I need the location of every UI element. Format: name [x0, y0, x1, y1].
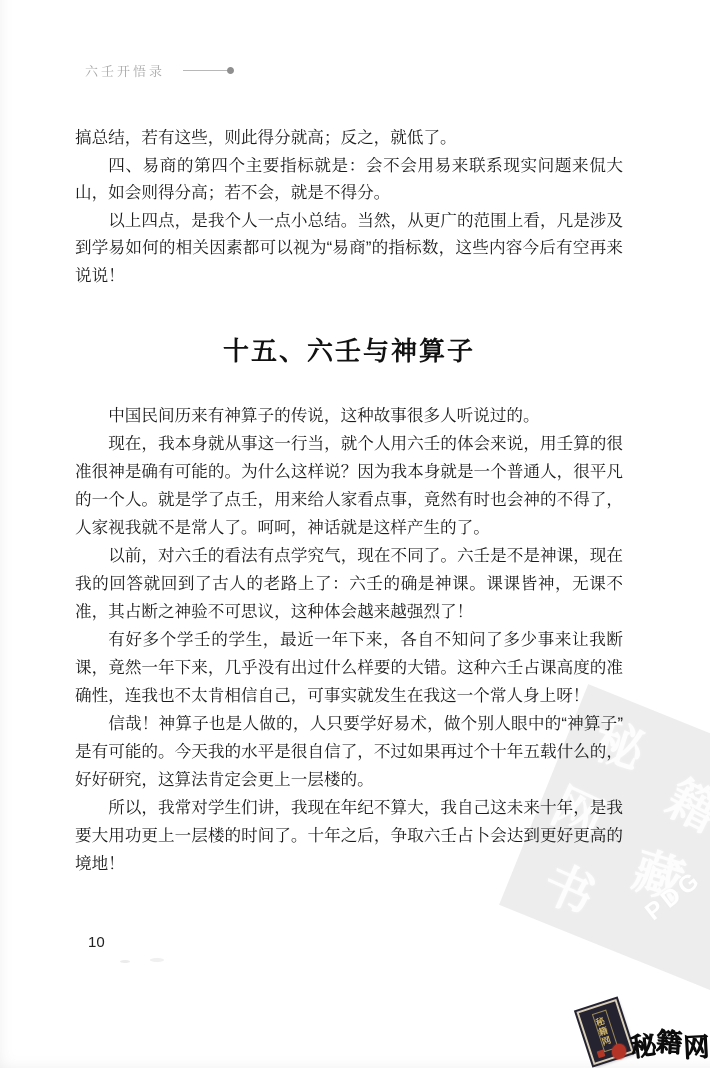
running-header: 六壬开悟录: [85, 61, 234, 79]
header-rule-line: [183, 70, 228, 71]
logo-char: 网: [682, 1026, 710, 1064]
paragraph: 四、易商的第四个主要指标就是：会不会用易来联系现实问题来侃大山，如会则得分高；若…: [75, 152, 623, 207]
running-header-title: 六壬开悟录: [85, 61, 165, 80]
logo-char: 籍: [655, 1021, 684, 1060]
red-seal-icon: [612, 1044, 626, 1059]
header-dot-icon: [227, 67, 234, 74]
body-text-top: 搞总结，若有这些，则此得分就高；反之，就低了。 四、易商的第四个主要指标就是：会…: [75, 124, 623, 289]
paragraph: 以前，对六壬的看法有点学究气，现在不同了。六壬是不是神课，现在我的回答就回到了古…: [75, 542, 623, 626]
paragraph: 以上四点，是我个人一点小总结。当然，从更广的范围上看，凡是涉及到学易如何的相关因…: [75, 207, 623, 290]
scanned-book-page: 六壬开悟录 秘 籍 网 藏 书 PDG 搞总结，若有这些，则此得分就高；反之，就…: [0, 0, 710, 1068]
scan-speckle: [150, 958, 164, 962]
paragraph: 现在，我本身就从事这一行当，就个人用六壬的体会来说，用壬算的很准很神是确有可能的…: [75, 430, 623, 542]
paragraph: 搞总结，若有这些，则此得分就高；反之，就低了。: [75, 124, 623, 152]
mijiwang-logo-text: 秘 籍 网: [630, 1022, 708, 1062]
mijiwang-logo: 秘籍网 秘 籍 网: [576, 998, 710, 1068]
logo-char: 秘: [628, 1025, 658, 1065]
paragraph: 有好多个学壬的学生，最近一年下来，各自不知问了多少事来让我断课，竟然一年下来，几…: [75, 626, 623, 710]
page-number: 10: [88, 934, 105, 951]
paragraph: 中国民间历来有神算子的传说，这种故事很多人听说过的。: [75, 402, 623, 430]
paragraph: 所以，我常对学生们讲，我现在年纪不算大，我自己这未来十年，是我要大用功更上一层楼…: [75, 794, 623, 878]
chapter-title: 十五、六壬与神算子: [75, 331, 623, 368]
seal-glyph: 籍: [656, 759, 710, 846]
body-text-main: 中国民间历来有神算子的传说，这种故事很多人听说过的。 现在，我本身就从事这一行当…: [75, 402, 623, 878]
paragraph: 信哉！神算子也是人做的，人只要学好易术，做个别人眼中的“神算子”是有可能的。今天…: [75, 710, 623, 794]
scan-speckle: [120, 960, 130, 963]
